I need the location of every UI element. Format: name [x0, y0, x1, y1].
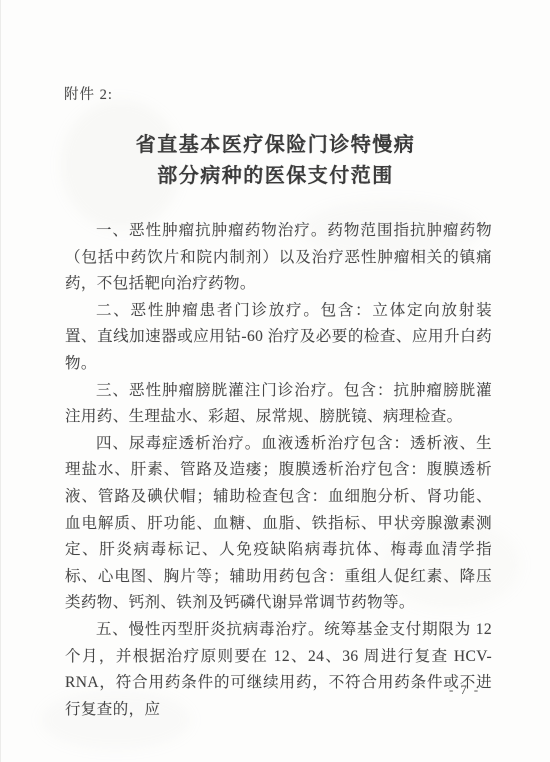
paragraph-1: 一、恶性肿瘤抗肿瘤药物治疗。药物范围指抗肿瘤药物（包括中药饮片和院内制剂）以及治… — [65, 218, 492, 298]
scanned-document-page: 附件 2: 省直基本医疗保险门诊特慢病 部分病种的医保支付范围 一、恶性肿瘤抗肿… — [0, 0, 550, 762]
paragraph-2: 二、恶性肿瘤患者门诊放疗。包含：立体定向放射装置、直线加速器或应用钴-60 治疗… — [65, 298, 492, 378]
paragraph-5: 五、慢性丙型肝炎抗病毒治疗。统筹基金支付期限为 12 个月，并根据治疗原则要在 … — [65, 617, 492, 723]
page-number: - 7 - — [449, 683, 480, 698]
document-title: 省直基本医疗保险门诊特慢病 部分病种的医保支付范围 — [1, 130, 550, 192]
paragraph-3: 三、恶性肿瘤膀胱灌注门诊治疗。包含：抗肿瘤膀胱灌注用药、生理盐水、彩超、尿常规、… — [65, 378, 492, 431]
document-body: 一、恶性肿瘤抗肿瘤药物治疗。药物范围指抗肿瘤药物（包括中药饮片和院内制剂）以及治… — [65, 218, 492, 723]
attachment-label: 附件 2: — [64, 83, 113, 104]
paragraph-4: 四、尿毒症透析治疗。血液透析治疗包含：透析液、生理盐水、肝素、管路及造瘘；腹膜透… — [65, 431, 492, 617]
document-title-line-1: 省直基本医疗保险门诊特慢病 — [1, 130, 550, 161]
document-title-line-2: 部分病种的医保支付范围 — [1, 161, 550, 192]
